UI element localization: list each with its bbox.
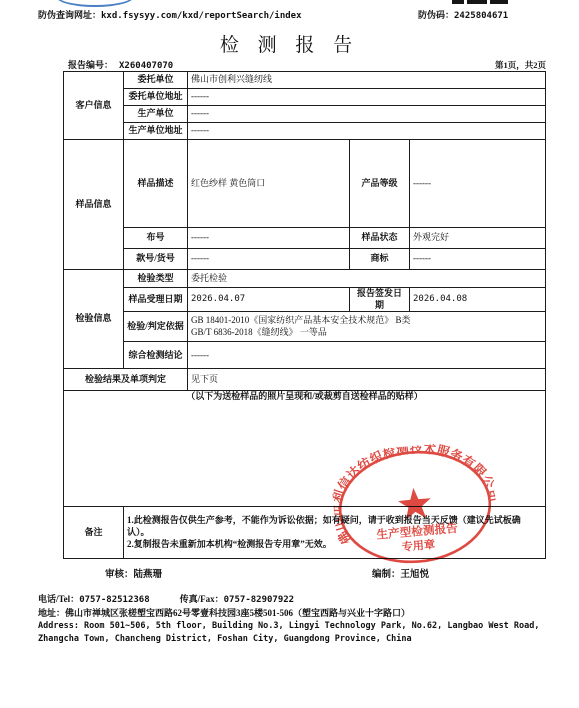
- seal-inner-line-1: 生产型检测报告: [376, 521, 459, 542]
- tel-label: 电话/Tel：: [38, 594, 79, 604]
- table-row: 检验结果及单项判定 见下页: [64, 369, 546, 391]
- product-grade-label: 产品等级: [350, 140, 410, 228]
- report-number-label: 报告编号：: [68, 60, 113, 70]
- table-row: 布号 ------ 样品状态 外观完好: [64, 228, 546, 249]
- client-value-1: ------: [188, 89, 546, 106]
- sample-state-label: 样品状态: [350, 228, 410, 249]
- basis-line-2: GB/T 6836-2018《缝纫线》 一等品: [191, 327, 542, 339]
- client-label-0: 委托单位: [124, 72, 188, 89]
- sample-desc-value: 红色纱样 黄色筒口: [188, 140, 350, 228]
- address-en: Address: Room 501~506, 5th floor, Buildi…: [38, 620, 552, 645]
- photo-caption: （以下为送检样品的照片呈现和/或裁剪自送检样品的贴样）: [67, 391, 542, 403]
- client-value-0: 佛山市创利兴缝纫线: [188, 72, 546, 89]
- table-row: 款号/货号 ------ 商标 ------: [64, 249, 546, 270]
- address-cn: 地址：佛山市禅城区张槎塱宝西路62号零壹科技园3座5楼501-506（塱宝西路与…: [38, 607, 552, 620]
- fax-label: 传真/Fax：: [180, 594, 224, 604]
- report-number-line: 报告编号：X260407070: [68, 58, 173, 71]
- table-row: 检验/判定依据 GB 18401-2010《国家纺织产品基本安全技术规范》 B类…: [64, 312, 546, 342]
- antifake-code-value: 2425804671: [454, 11, 508, 21]
- reviewer-name: 陆燕珊: [134, 570, 163, 580]
- antifake-url-value: kxd.fsysyy.com/kxd/reportSearch/index: [101, 11, 301, 21]
- issue-date-value: 2026.04.08: [410, 288, 546, 312]
- company-seal: 佛山市利信达纺织检测技术服务有限公司 生产型检测报告 专用章: [329, 439, 501, 575]
- table-row: 检验信息 检验类型 委托检验: [64, 270, 546, 288]
- result-label: 检验结果及单项判定: [64, 369, 188, 391]
- style-no-value: ------: [188, 249, 350, 270]
- report-page: 防伪查询网址：kxd.fsysyy.com/kxd/reportSearch/i…: [0, 0, 579, 708]
- client-value-3: ------: [188, 123, 546, 140]
- truncated-header-graphic: [452, 0, 522, 5]
- basis-label: 检验/判定依据: [124, 312, 188, 342]
- conclusion-value: ------: [188, 342, 546, 369]
- cloth-no-label: 布号: [124, 228, 188, 249]
- reviewer-line: 审核：陆燕珊: [105, 566, 162, 580]
- product-grade-value: ------: [410, 140, 546, 228]
- section-inspection: 检验信息: [64, 270, 124, 369]
- table-row: 客户信息 委托单位 佛山市创利兴缝纫线: [64, 72, 546, 89]
- issue-date-label: 报告签发日期: [350, 288, 410, 312]
- report-number-value: X260407070: [119, 61, 173, 71]
- antifake-code-label: 防伪码：: [418, 10, 454, 20]
- sample-desc-label: 样品描述: [124, 140, 188, 228]
- footer-contact-block: 电话/Tel：0757-82512368传真/Fax：0757-82907922…: [38, 593, 552, 645]
- antifake-url-line: 防伪查询网址：kxd.fsysyy.com/kxd/reportSearch/i…: [38, 8, 302, 21]
- truncated-icon: [452, 0, 464, 4]
- client-label-1: 委托单位地址: [124, 89, 188, 106]
- result-value: 见下页: [188, 369, 546, 391]
- remark-label: 备注: [64, 507, 124, 559]
- conclusion-label: 综合检测结论: [124, 342, 188, 369]
- logo-ellipse-icon: [56, 0, 134, 7]
- seal-inner-line-2: 专用章: [401, 537, 435, 554]
- table-row: 综合检测结论 ------: [64, 342, 546, 369]
- antifake-url-label: 防伪查询网址：: [38, 10, 101, 20]
- style-no-label: 款号/货号: [124, 249, 188, 270]
- table-row: 样品受理日期 2026.04.07 报告签发日期 2026.04.08: [64, 288, 546, 312]
- fax-value: 0757-82907922: [224, 595, 294, 605]
- cloth-no-value: ------: [188, 228, 350, 249]
- table-row: 生产单位 ------: [64, 106, 546, 123]
- section-sample: 样品信息: [64, 140, 124, 270]
- trademark-label: 商标: [350, 249, 410, 270]
- client-label-2: 生产单位: [124, 106, 188, 123]
- preparer-name: 王旭悦: [401, 570, 430, 580]
- trademark-value: ------: [410, 249, 546, 270]
- page-count: 第1页，共2页: [495, 59, 546, 71]
- table-row: 样品信息 样品描述 红色纱样 黄色筒口 产品等级 ------: [64, 140, 546, 228]
- tel-fax-line: 电话/Tel：0757-82512368传真/Fax：0757-82907922: [38, 593, 552, 607]
- antifake-code-line: 防伪码：2425804671: [418, 8, 508, 21]
- table-row: 委托单位地址 ------: [64, 89, 546, 106]
- tel-value: 0757-82512368: [79, 595, 149, 605]
- table-row: 生产单位地址 ------: [64, 123, 546, 140]
- receive-date-label: 样品受理日期: [124, 288, 188, 312]
- inspection-type-value: 委托检验: [188, 270, 546, 288]
- inspection-type-label: 检验类型: [124, 270, 188, 288]
- star-icon: [397, 486, 432, 520]
- basis-line-1: GB 18401-2010《国家纺织产品基本安全技术规范》 B类: [191, 315, 542, 327]
- reviewer-label: 审核：: [105, 570, 134, 580]
- receive-date-value: 2026.04.07: [188, 288, 350, 312]
- basis-value: GB 18401-2010《国家纺织产品基本安全技术规范》 B类 GB/T 68…: [188, 312, 546, 342]
- client-label-3: 生产单位地址: [124, 123, 188, 140]
- sample-state-value: 外观完好: [410, 228, 546, 249]
- client-value-2: ------: [188, 106, 546, 123]
- page-title: 检 测 报 告: [0, 30, 579, 57]
- section-client: 客户信息: [64, 72, 124, 140]
